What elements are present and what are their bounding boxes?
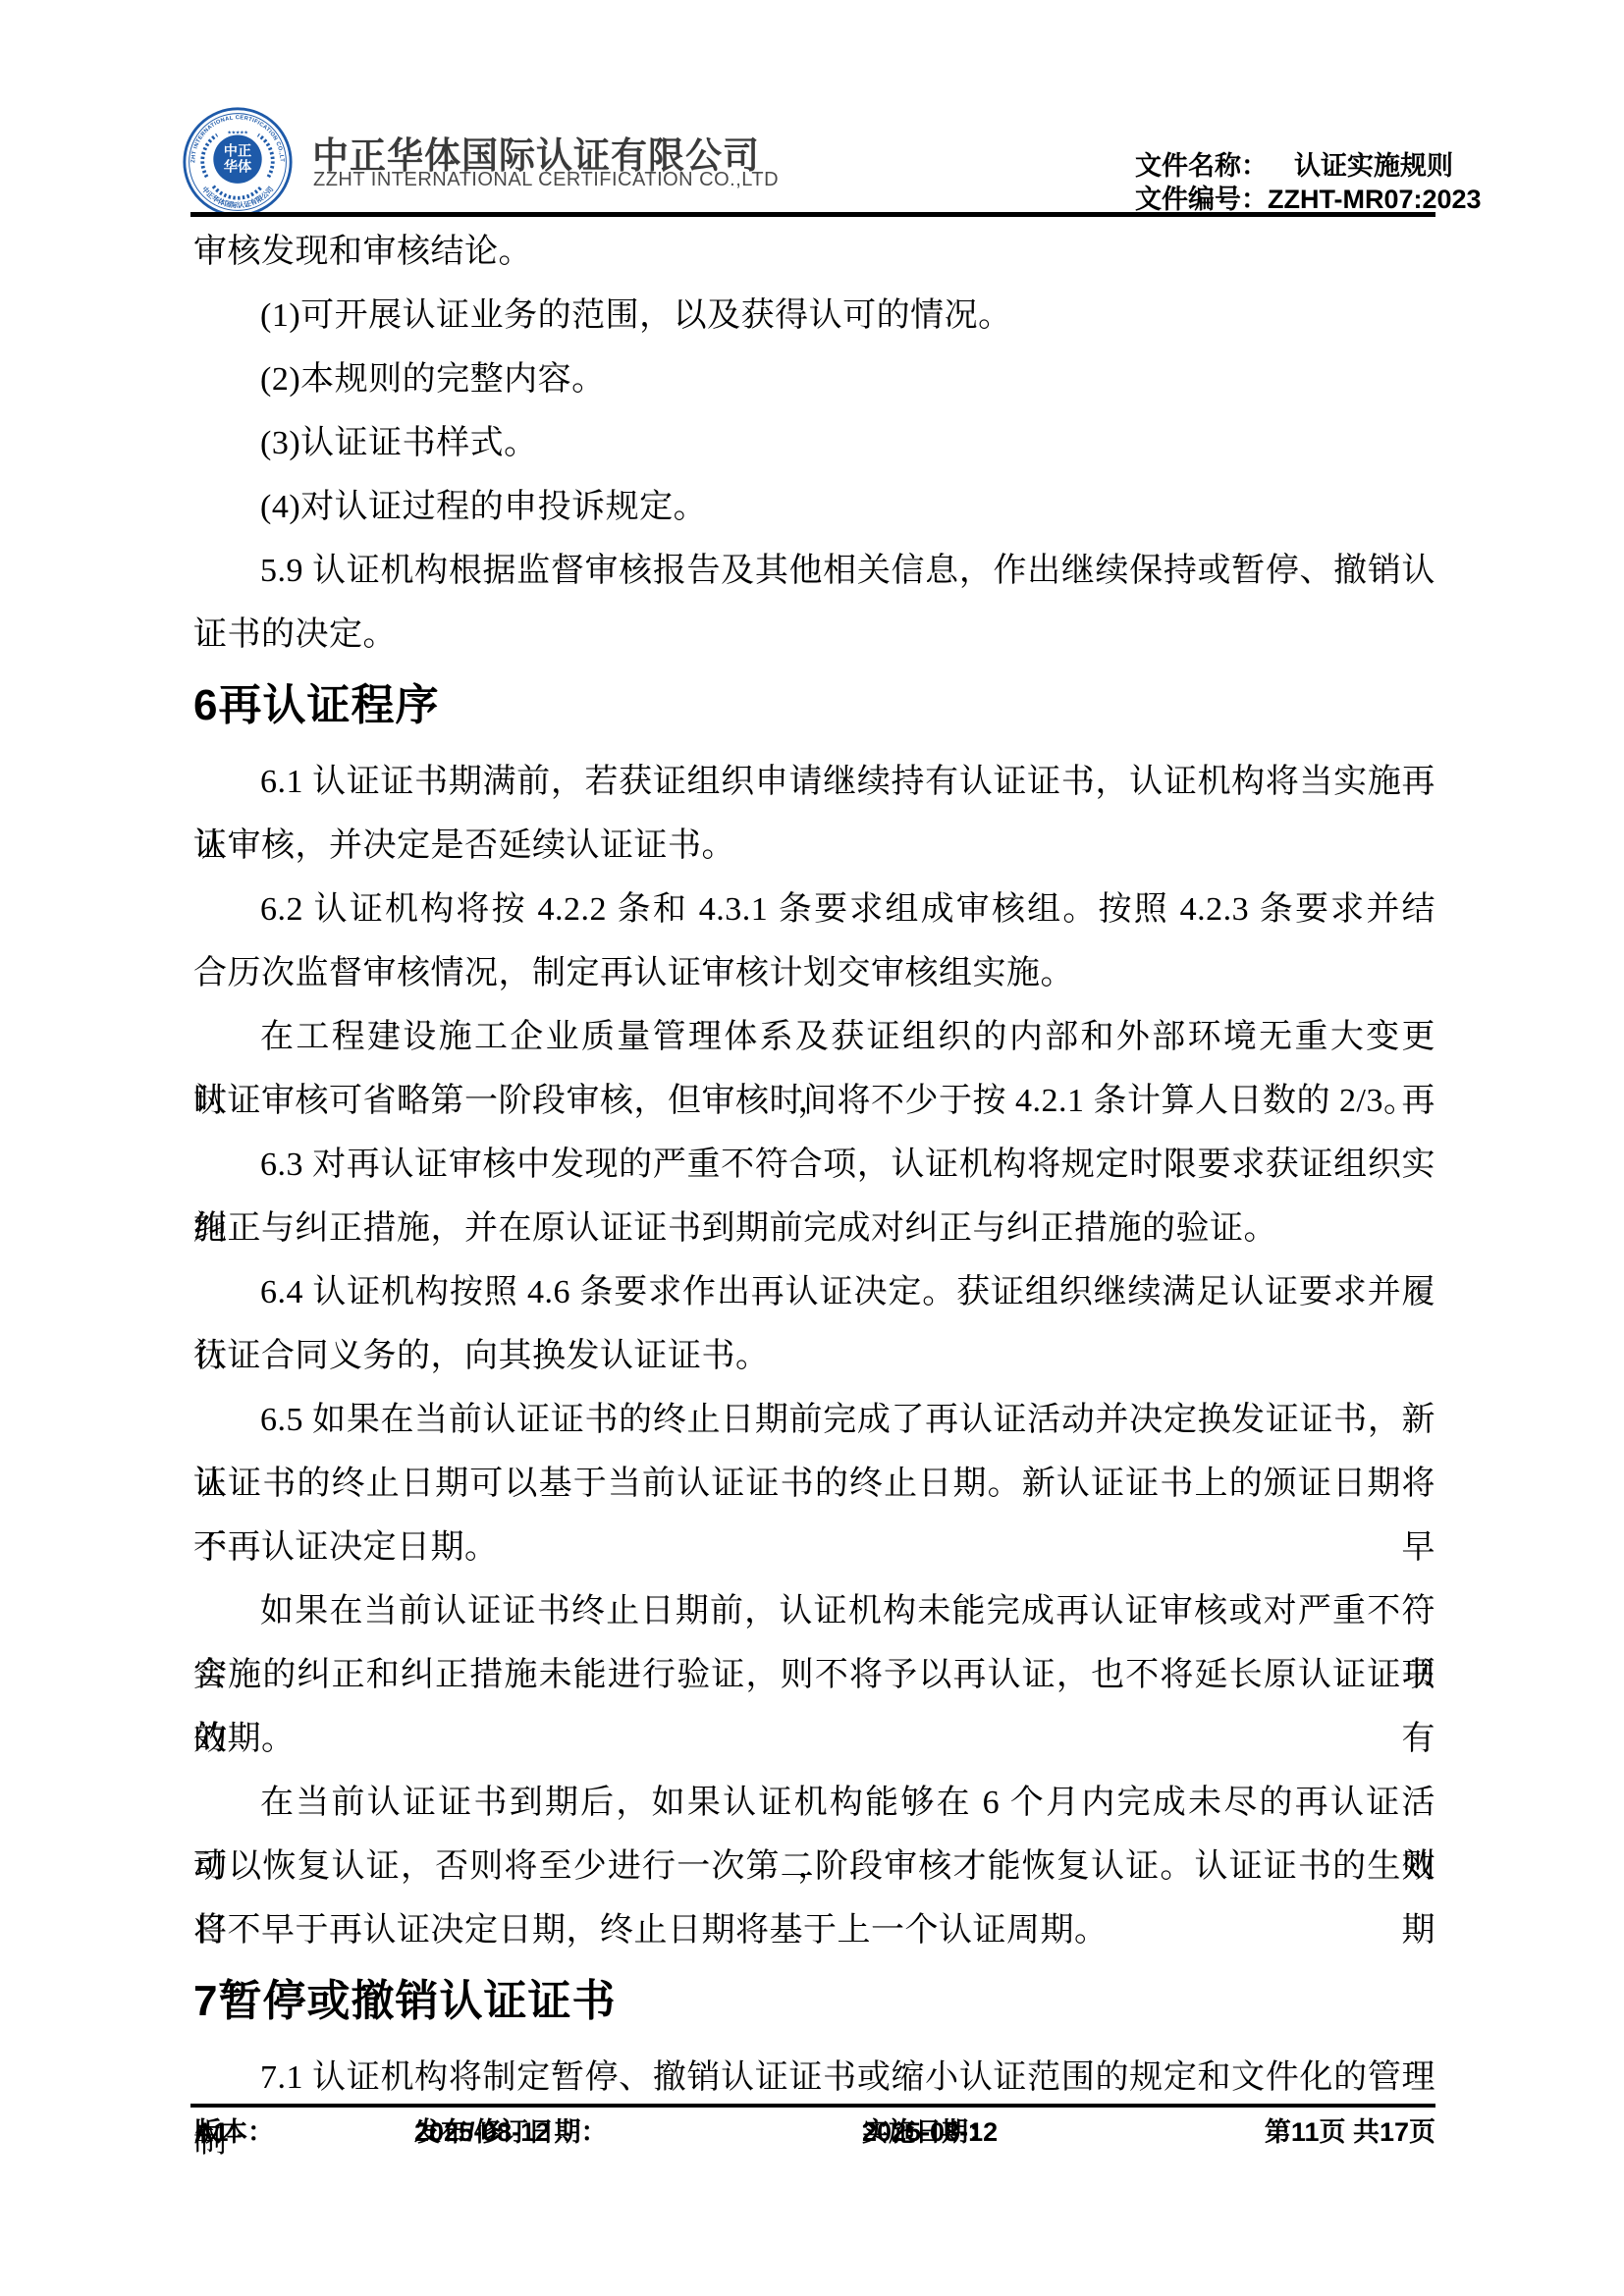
body-line: 认证合同义务的，向其换发认证证书。 bbox=[193, 1324, 1435, 1388]
body-line: 如果在当前认证证书终止日期前，认证机构未能完成再认证审核或对严重不符合项 bbox=[193, 1579, 1435, 1643]
body-line: 证审核，并决定是否延续认证证书。 bbox=[193, 814, 1435, 878]
body-line: 7.1 认证机构将制定暂停、撤销认证证书或缩小认证范围的规定和文件化的管理制 bbox=[193, 2046, 1435, 2109]
body-line: (2)本规则的完整内容。 bbox=[193, 347, 1435, 411]
body-line: 6.1 认证证书期满前，若获证组织申请继续持有认证证书，认证机构将当实施再认 bbox=[193, 750, 1435, 814]
body-line: 证证书的终止日期可以基于当前认证证书的终止日期。新认证证书上的颁证日期将不早 bbox=[193, 1452, 1435, 1516]
body-line: 证书的决定。 bbox=[193, 603, 1435, 667]
footer-divider bbox=[190, 2104, 1435, 2108]
body-line: 审核发现和审核结论。 bbox=[193, 220, 1435, 284]
body-line: 在当前认证证书到期后，如果认证机构能够在 6 个月内完成未尽的再认证活动，则 bbox=[193, 1771, 1435, 1835]
company-name-english: ZZHT INTERNATIONAL CERTIFICATION CO.,LTD bbox=[313, 169, 779, 191]
body-line: 可以恢复认证，否则将至少进行一次第二阶段审核才能恢复认证。认证证书的生效日期 bbox=[193, 1835, 1435, 1898]
version-value: A1 bbox=[194, 2112, 229, 2152]
document-page: ZZHT INTERNATIONAL CERTIFICATION CO.,LTD… bbox=[0, 0, 1624, 2296]
doc-number-row: 文件编号：ZZHT-MR07:2023 bbox=[1135, 183, 1439, 216]
doc-name-value: 认证实施规则 bbox=[1294, 151, 1453, 181]
body-line: 5.9 认证机构根据监督审核报告及其他相关信息，作出继续保持或暂停、撤销认证 bbox=[193, 539, 1435, 603]
body-line: (3)认证证书样式。 bbox=[193, 411, 1435, 475]
body-line: 认证审核可省略第一阶段审核，但审核时间将不少于按 4.2.1 条计算人日数的 2… bbox=[193, 1069, 1435, 1133]
body-line: 在工程建设施工企业质量管理体系及获证组织的内部和外部环境无重大变更时，再 bbox=[193, 1005, 1435, 1069]
release-date-value: 2025-08-12 bbox=[414, 2112, 550, 2152]
implementation-date-value: 2025-08-12 bbox=[862, 2112, 998, 2152]
body-line: 6.5 如果在当前认证证书的终止日期前完成了再认证活动并决定换发证证书，新认 bbox=[193, 1388, 1435, 1452]
doc-number-value: ZZHT-MR07:2023 bbox=[1268, 185, 1482, 214]
body-line: 纠正与纠正措施，并在原认证证书到期前完成对纠正与纠正措施的验证。 bbox=[193, 1197, 1435, 1260]
doc-name-row: 文件名称：认证实施规则 bbox=[1135, 149, 1439, 183]
doc-number-label: 文件编号： bbox=[1135, 185, 1268, 214]
body-line: 合历次监督审核情况，制定再认证审核计划交审核组实施。 bbox=[193, 941, 1435, 1005]
body-line: (4)对认证过程的申投诉规定。 bbox=[193, 475, 1435, 539]
doc-meta-block: 文件名称：认证实施规则 文件编号：ZZHT-MR07:2023 bbox=[1135, 149, 1439, 216]
body-line: 6.2 认证机构将按 4.2.2 条和 4.3.1 条要求组成审核组。按照 4.… bbox=[193, 878, 1435, 941]
doc-name-label: 文件名称： bbox=[1135, 151, 1268, 181]
logo-center-text-1: 中正 bbox=[224, 142, 252, 159]
company-seal-logo: ZZHT INTERNATIONAL CERTIFICATION CO.,LTD… bbox=[182, 106, 294, 218]
page-number: 第11页 共17页 bbox=[1265, 2112, 1435, 2152]
document-body: 审核发现和审核结论。(1)可开展认证业务的范围，以及获得认可的情况。(2)本规则… bbox=[193, 220, 1435, 2109]
body-line: 实施的纠正和纠正措施未能进行验证，则不将予以再认证，也不将延长原认证证书的有 bbox=[193, 1643, 1435, 1707]
body-line: 6.3 对再认证审核中发现的严重不符合项，认证机构将规定时限要求获证组织实施 bbox=[193, 1133, 1435, 1197]
section-heading: 7暂停或撤销认证证书 bbox=[193, 1962, 1435, 2046]
body-line: (1)可开展认证业务的范围，以及获得认可的情况。 bbox=[193, 284, 1435, 347]
header-divider bbox=[190, 212, 1435, 217]
section-heading: 6再认证程序 bbox=[193, 667, 1435, 750]
logo-center-text-2: 华体 bbox=[224, 159, 252, 176]
body-line: 6.4 认证机构按照 4.6 条要求作出再认证决定。获证组织继续满足认证要求并履… bbox=[193, 1260, 1435, 1324]
footer-row: 版本：A1 发布/修订日期：2025-08-12 实施日期：2025-08-12… bbox=[0, 2112, 1624, 2152]
